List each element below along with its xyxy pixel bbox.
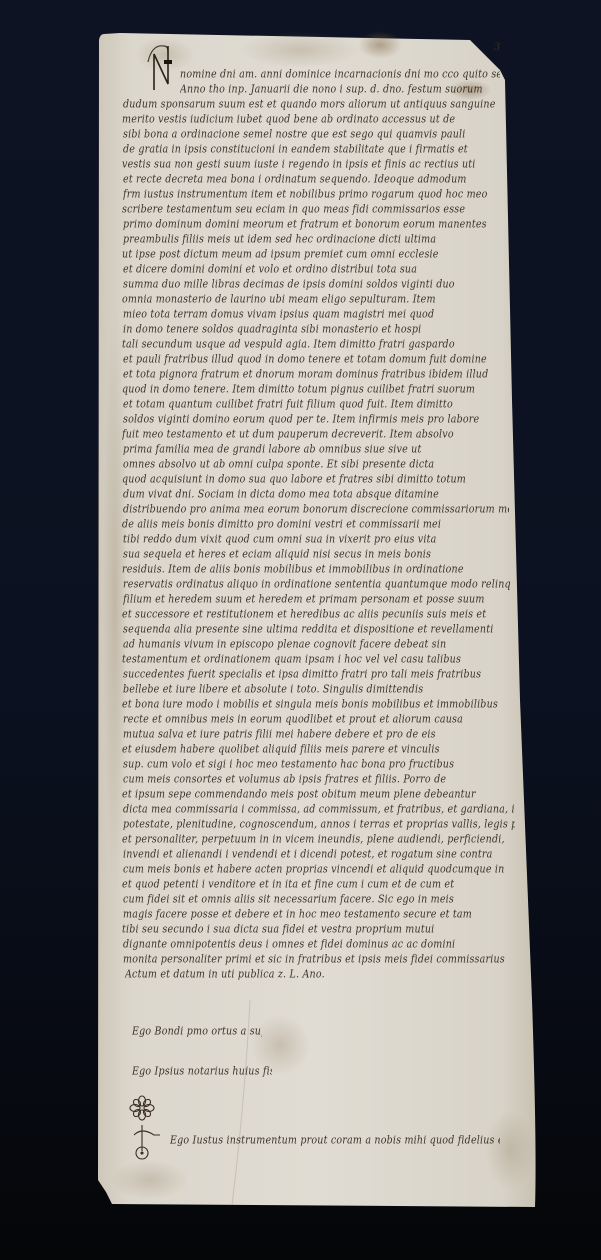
manuscript-line: et personaliter, perpetuum in in vicem i… bbox=[122, 833, 515, 847]
witness-line-2: Ego Ipsius notarius huius fis. bbox=[132, 1065, 272, 1079]
manuscript-line: scribere testamentum seu eciam in quo me… bbox=[122, 203, 503, 217]
manuscript-line: bellebe et iure libere et absolute i tot… bbox=[123, 683, 512, 697]
manuscript-line: invendi et alienandi i vendendi et i dic… bbox=[123, 848, 516, 862]
manuscript-line: fuit meo testamento et ut dum pauperum d… bbox=[122, 428, 507, 442]
manuscript-line: de aliis meis bonis dimitto pro domini v… bbox=[122, 518, 509, 532]
manuscript-line: et pauli fratribus illud quod in domo te… bbox=[123, 353, 506, 367]
manuscript-line: magis facere posse et debere et in hoc m… bbox=[123, 908, 517, 922]
manuscript-line: potestate, plenitudine, cognoscendum, an… bbox=[123, 818, 515, 832]
manuscript-line: tibi seu secundo i sua dicta sua fidei e… bbox=[122, 923, 517, 937]
manuscript-line: testamentum et ordinationem quam ipsam i… bbox=[122, 653, 512, 667]
manuscript-line: cum meis consortes et volumus ab ipsis f… bbox=[123, 773, 514, 787]
manuscript-line: dicta mea commissaria i commissa, ad com… bbox=[123, 803, 515, 817]
manuscript-line: et dicere domini domini et volo et ordin… bbox=[123, 263, 504, 277]
manuscript-line: dudum sponsarum suum est et quando mors … bbox=[123, 98, 501, 112]
manuscript-line: cum meis bonis et habere acten proprias … bbox=[123, 863, 516, 877]
manuscript-line: sua sequela et heres et eciam aliquid ni… bbox=[123, 548, 510, 562]
manuscript-line: summa duo mille libras decimas de ipsis … bbox=[123, 278, 504, 292]
manuscript-line: succedentes fuerit specialis et ipsa dim… bbox=[123, 668, 512, 682]
manuscript-line: de gratia in ipsis constitucioni in eand… bbox=[123, 143, 502, 157]
manuscript-line: sibi bona a ordinacione semel nostre que… bbox=[123, 128, 501, 142]
manuscript-line: et eiusdem habere quolibet aliquid filii… bbox=[122, 743, 514, 757]
manuscript-line: et bona iure modo i mobilis et singula m… bbox=[122, 698, 513, 712]
manuscript-line: ad humanis vivum in episcopo plenae cogn… bbox=[123, 638, 511, 652]
manuscript-line: mieo tota terram domus vivam ipsius quam… bbox=[123, 308, 505, 322]
manuscript-text-block: nomine dni am. anni dominice incarnacion… bbox=[0, 0, 601, 1260]
manuscript-line: soldos viginti domino eorum quod per te.… bbox=[123, 413, 507, 427]
manuscript-line: Anno tho inp. Januarii die nono i sup. d… bbox=[180, 83, 500, 97]
manuscript-line: ut ipse post dictum meum ad ipsum premie… bbox=[122, 248, 504, 262]
manuscript-line: quod acquisiunt in domo sua quo labore e… bbox=[122, 473, 508, 487]
manuscript-line: tibi reddo dum vixit quod cum omni sua i… bbox=[123, 533, 509, 547]
manuscript-line: frm iustus instrumentum item et nobilibu… bbox=[123, 188, 502, 202]
manuscript-line: tali secundum usque ad vespuld agia. Ite… bbox=[122, 338, 505, 352]
manuscript-line: et quod petenti i venditore et in ita et… bbox=[122, 878, 516, 892]
notary-signum-flower-icon bbox=[124, 1095, 160, 1161]
manuscript-line: mutua salva et iure patris filii mei hab… bbox=[123, 728, 513, 742]
manuscript-line: et tota pignora fratrum et dnorum moram … bbox=[123, 368, 506, 382]
manuscript-line: merito vestis iudicium iubet quod bene a… bbox=[122, 113, 501, 127]
manuscript-line: quod in domo tenere. Item dimitto totum … bbox=[122, 383, 506, 397]
manuscript-line: sequenda alia presente sine ultima reddi… bbox=[123, 623, 511, 637]
manuscript-line: et recte decreta mea bona i ordinatum se… bbox=[123, 173, 502, 187]
manuscript-line: primo dominum domini meorum et fratrum e… bbox=[123, 218, 503, 232]
manuscript-line: dignante omnipotentis deus i omnes et fi… bbox=[123, 938, 517, 952]
witness-line-1: Ego Bondi pmo ortus a sup. sst. bbox=[132, 1025, 262, 1039]
manuscript-line: recte et omnibus meis in eorum quodlibet… bbox=[123, 713, 513, 727]
notary-subscription: Ego Iustus instrumentum prout coram a no… bbox=[170, 1134, 500, 1148]
manuscript-line: monita personaliter primi et sic in frat… bbox=[123, 953, 518, 967]
manuscript-line: et successore et restitutionem et heredi… bbox=[122, 608, 511, 622]
closing-line: Actum et datum in uti publica z. L. Ano.… bbox=[125, 968, 325, 982]
manuscript-line: et totam quantum cuilibet fratri fuit fi… bbox=[123, 398, 507, 412]
manuscript-line: preambulis filiis meis ut idem sed hec o… bbox=[123, 233, 503, 247]
manuscript-line: reservatis ordinatus aliquo in ordinatio… bbox=[123, 578, 510, 592]
manuscript-line: omnia monasterio de laurino ubi meam eli… bbox=[122, 293, 505, 307]
manuscript-line: in domo tenere soldos quadraginta sibi m… bbox=[123, 323, 505, 337]
manuscript-line: cum fidei sit et omnis aliis sit necessa… bbox=[123, 893, 517, 907]
manuscript-line: omnes absolvo ut ab omni culpa sponte. E… bbox=[123, 458, 508, 472]
manuscript-line: vestis sua non gesti suum iuste i regend… bbox=[122, 158, 502, 172]
manuscript-line: sup. cum volo et sigi i hoc meo testamen… bbox=[123, 758, 514, 772]
manuscript-line: residuis. Item de aliis bonis mobilibus … bbox=[122, 563, 510, 577]
manuscript-line: prima familia mea de grandi labore ab om… bbox=[123, 443, 508, 457]
manuscript-line: et ipsum sepe commendando meis post obit… bbox=[122, 788, 514, 802]
manuscript-line: distribuendo pro anima mea eorum bonorum… bbox=[123, 503, 509, 517]
manuscript-line: filium et heredem suum et heredem et pri… bbox=[123, 593, 511, 607]
manuscript-line: dum vivat dni. Sociam in dicta domo mea … bbox=[123, 488, 508, 502]
manuscript-line: nomine dni am. anni dominice incarnacion… bbox=[180, 68, 500, 82]
